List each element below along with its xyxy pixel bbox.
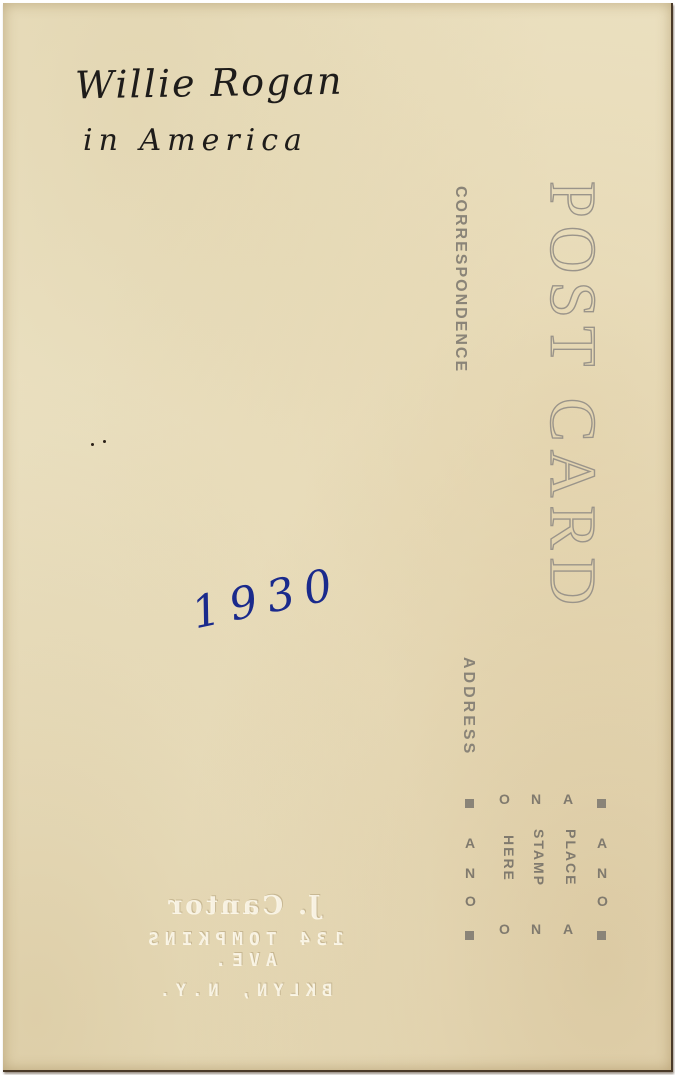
correspondence-label: CORRESPONDENCE [451, 186, 469, 373]
stamp-box: O N A O N A A N O A N O PLACE STAMP HERE [465, 795, 609, 943]
border-ornament: N [531, 921, 541, 937]
stamp-text-stamp: STAMP [531, 829, 547, 887]
corner-square-icon [465, 927, 474, 943]
stamp-text-here: HERE [501, 835, 517, 882]
border-ornament: N [531, 791, 541, 807]
border-ornament: N [465, 865, 475, 881]
corner-square-icon [465, 795, 474, 811]
border-ornament: A [465, 835, 475, 851]
corner-square-icon [597, 927, 606, 943]
border-ornament: O [499, 791, 510, 807]
handwritten-year: 1930 [187, 558, 346, 639]
photographer-imprint: J. Cantor 134 TOMPKINS AVE. BKLYN, N.Y. [103, 891, 383, 1001]
border-ornament: O [597, 893, 608, 909]
border-ornament: N [597, 865, 607, 881]
border-ornament: O [499, 921, 510, 937]
border-ornament: A [563, 791, 573, 807]
address-label: ADDRESS [459, 657, 477, 756]
photographer-address: 134 TOMPKINS AVE. [103, 929, 383, 971]
postcard-back: Willie Rogan in America 1930 CORRESPONDE… [3, 3, 673, 1072]
photographer-city: BKLYN, N.Y. [103, 981, 383, 1001]
photographer-name: J. Cantor [103, 891, 383, 921]
handwritten-location: in America [83, 123, 308, 158]
border-ornament: O [465, 893, 476, 909]
border-ornament: A [563, 921, 573, 937]
ink-speck [103, 440, 106, 443]
stamp-text-place: PLACE [563, 829, 579, 886]
corner-square-icon [597, 795, 606, 811]
ink-speck [91, 443, 94, 446]
handwritten-name: Willie Rogan [75, 59, 344, 108]
post-card-title: POST CARD [539, 181, 605, 613]
border-ornament: A [597, 835, 607, 851]
